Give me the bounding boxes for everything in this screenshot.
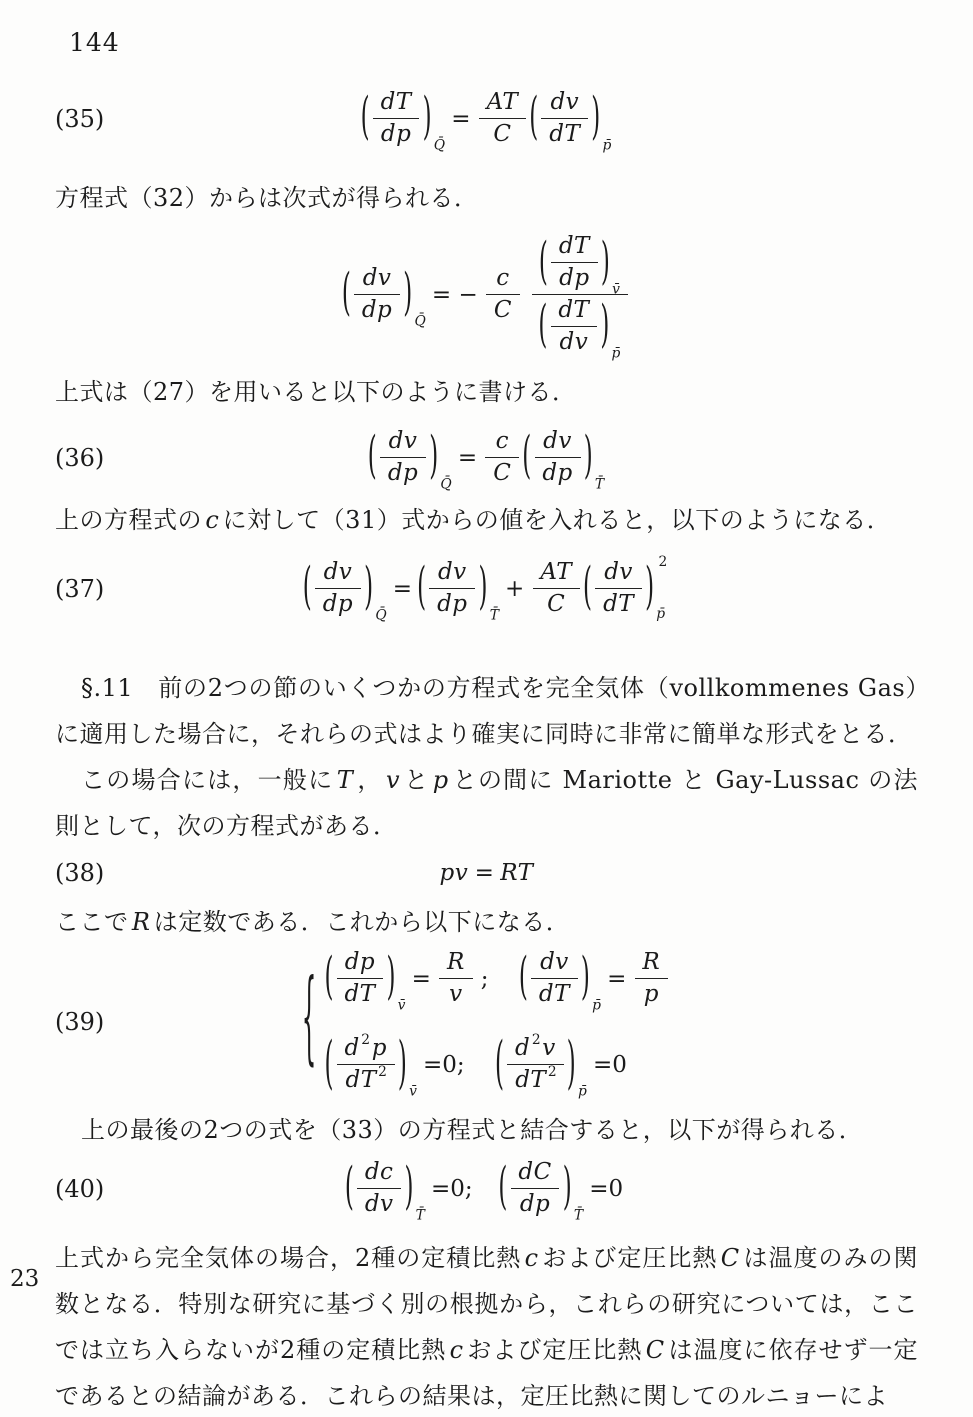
page-number: 144 [69, 28, 918, 57]
equation-37: (37) (dvdp)Q̄=(dvdp)T̄+ATC(dvdT)2p̄ [55, 549, 918, 629]
equation-35: (35) (dTdp)Q̄=ATC(dvdT)p̄ [55, 75, 918, 163]
equation-40-math: (dcdv)T̄=0;(dCdp)T̄=0 [345, 1160, 628, 1218]
equation-38-label: (38) [55, 859, 104, 887]
equation-37-math: (dvdp)Q̄=(dvdp)T̄+ATC(dvdT)2p̄ [303, 560, 671, 618]
equation-unnumbered: (dvdp)Q̄= −cC(dTdp)v̄(dTdv)p̄ [55, 225, 918, 365]
equation-40: (40) (dcdv)T̄=0;(dCdp)T̄=0 [55, 1157, 918, 1221]
paragraph-after-eq35: 方程式（32）からは次式が得られる． [55, 175, 918, 221]
equation-36: (36) (dvdp)Q̄=cC(dvdp)T̄ [55, 423, 918, 493]
equation-35-label: (35) [55, 105, 104, 133]
equation-40-label: (40) [55, 1175, 104, 1203]
equation-35-math: (dTdp)Q̄=ATC(dvdT)p̄ [361, 90, 613, 148]
paragraph-after-unnumbered: 上式は（27）を用いると以下のように書ける． [55, 369, 918, 415]
equation-38: (38) pv=RT [55, 855, 918, 891]
book-page: 144 23 (35) (dTdp)Q̄=ATC(dvdT)p̄ 方程式（32）… [0, 0, 973, 1417]
equation-36-math: (dvdp)Q̄=cC(dvdp)T̄ [368, 429, 605, 487]
paragraph-before-eq37: 上の方程式のcに対して（31）式からの値を入れると，以下のようになる． [55, 497, 918, 543]
equation-39-label: (39) [55, 1008, 104, 1036]
equation-39-math: {(dpdT)v̄=Rv;(dvdT)p̄=Rp(d2pdT2)v̄=0;(d2… [302, 950, 671, 1094]
paragraph-after-eq39: 上の最後の2つの式を（33）の方程式と結合すると，以下が得られる． [55, 1107, 918, 1153]
margin-line-number: 23 [10, 1266, 39, 1292]
equation-36-label: (36) [55, 444, 104, 472]
paragraph-section11-law: この場合には，一般にT，vとpとの間に Mariotte と Gay-Lussa… [55, 757, 918, 849]
equation-39: (39) {(dpdT)v̄=Rv;(dvdT)p̄=Rp(d2pdT2)v̄=… [55, 947, 918, 1097]
equation-37-label: (37) [55, 575, 104, 603]
equation-38-math: pv=RT [438, 860, 535, 886]
paragraph-section11-intro: §.11 前の2つの節のいくつかの方程式を完全気体（vollkommenes G… [55, 665, 918, 757]
paragraph-final: 上式から完全気体の場合，2種の定積比熱cおよび定圧比熱Cは温度のみの関数となる．… [55, 1235, 918, 1417]
paragraph-after-eq38: ここでRは定数である．これから以下になる． [55, 899, 918, 945]
equation-unnumbered-math: (dvdp)Q̄= −cC(dTdp)v̄(dTdv)p̄ [342, 234, 631, 355]
